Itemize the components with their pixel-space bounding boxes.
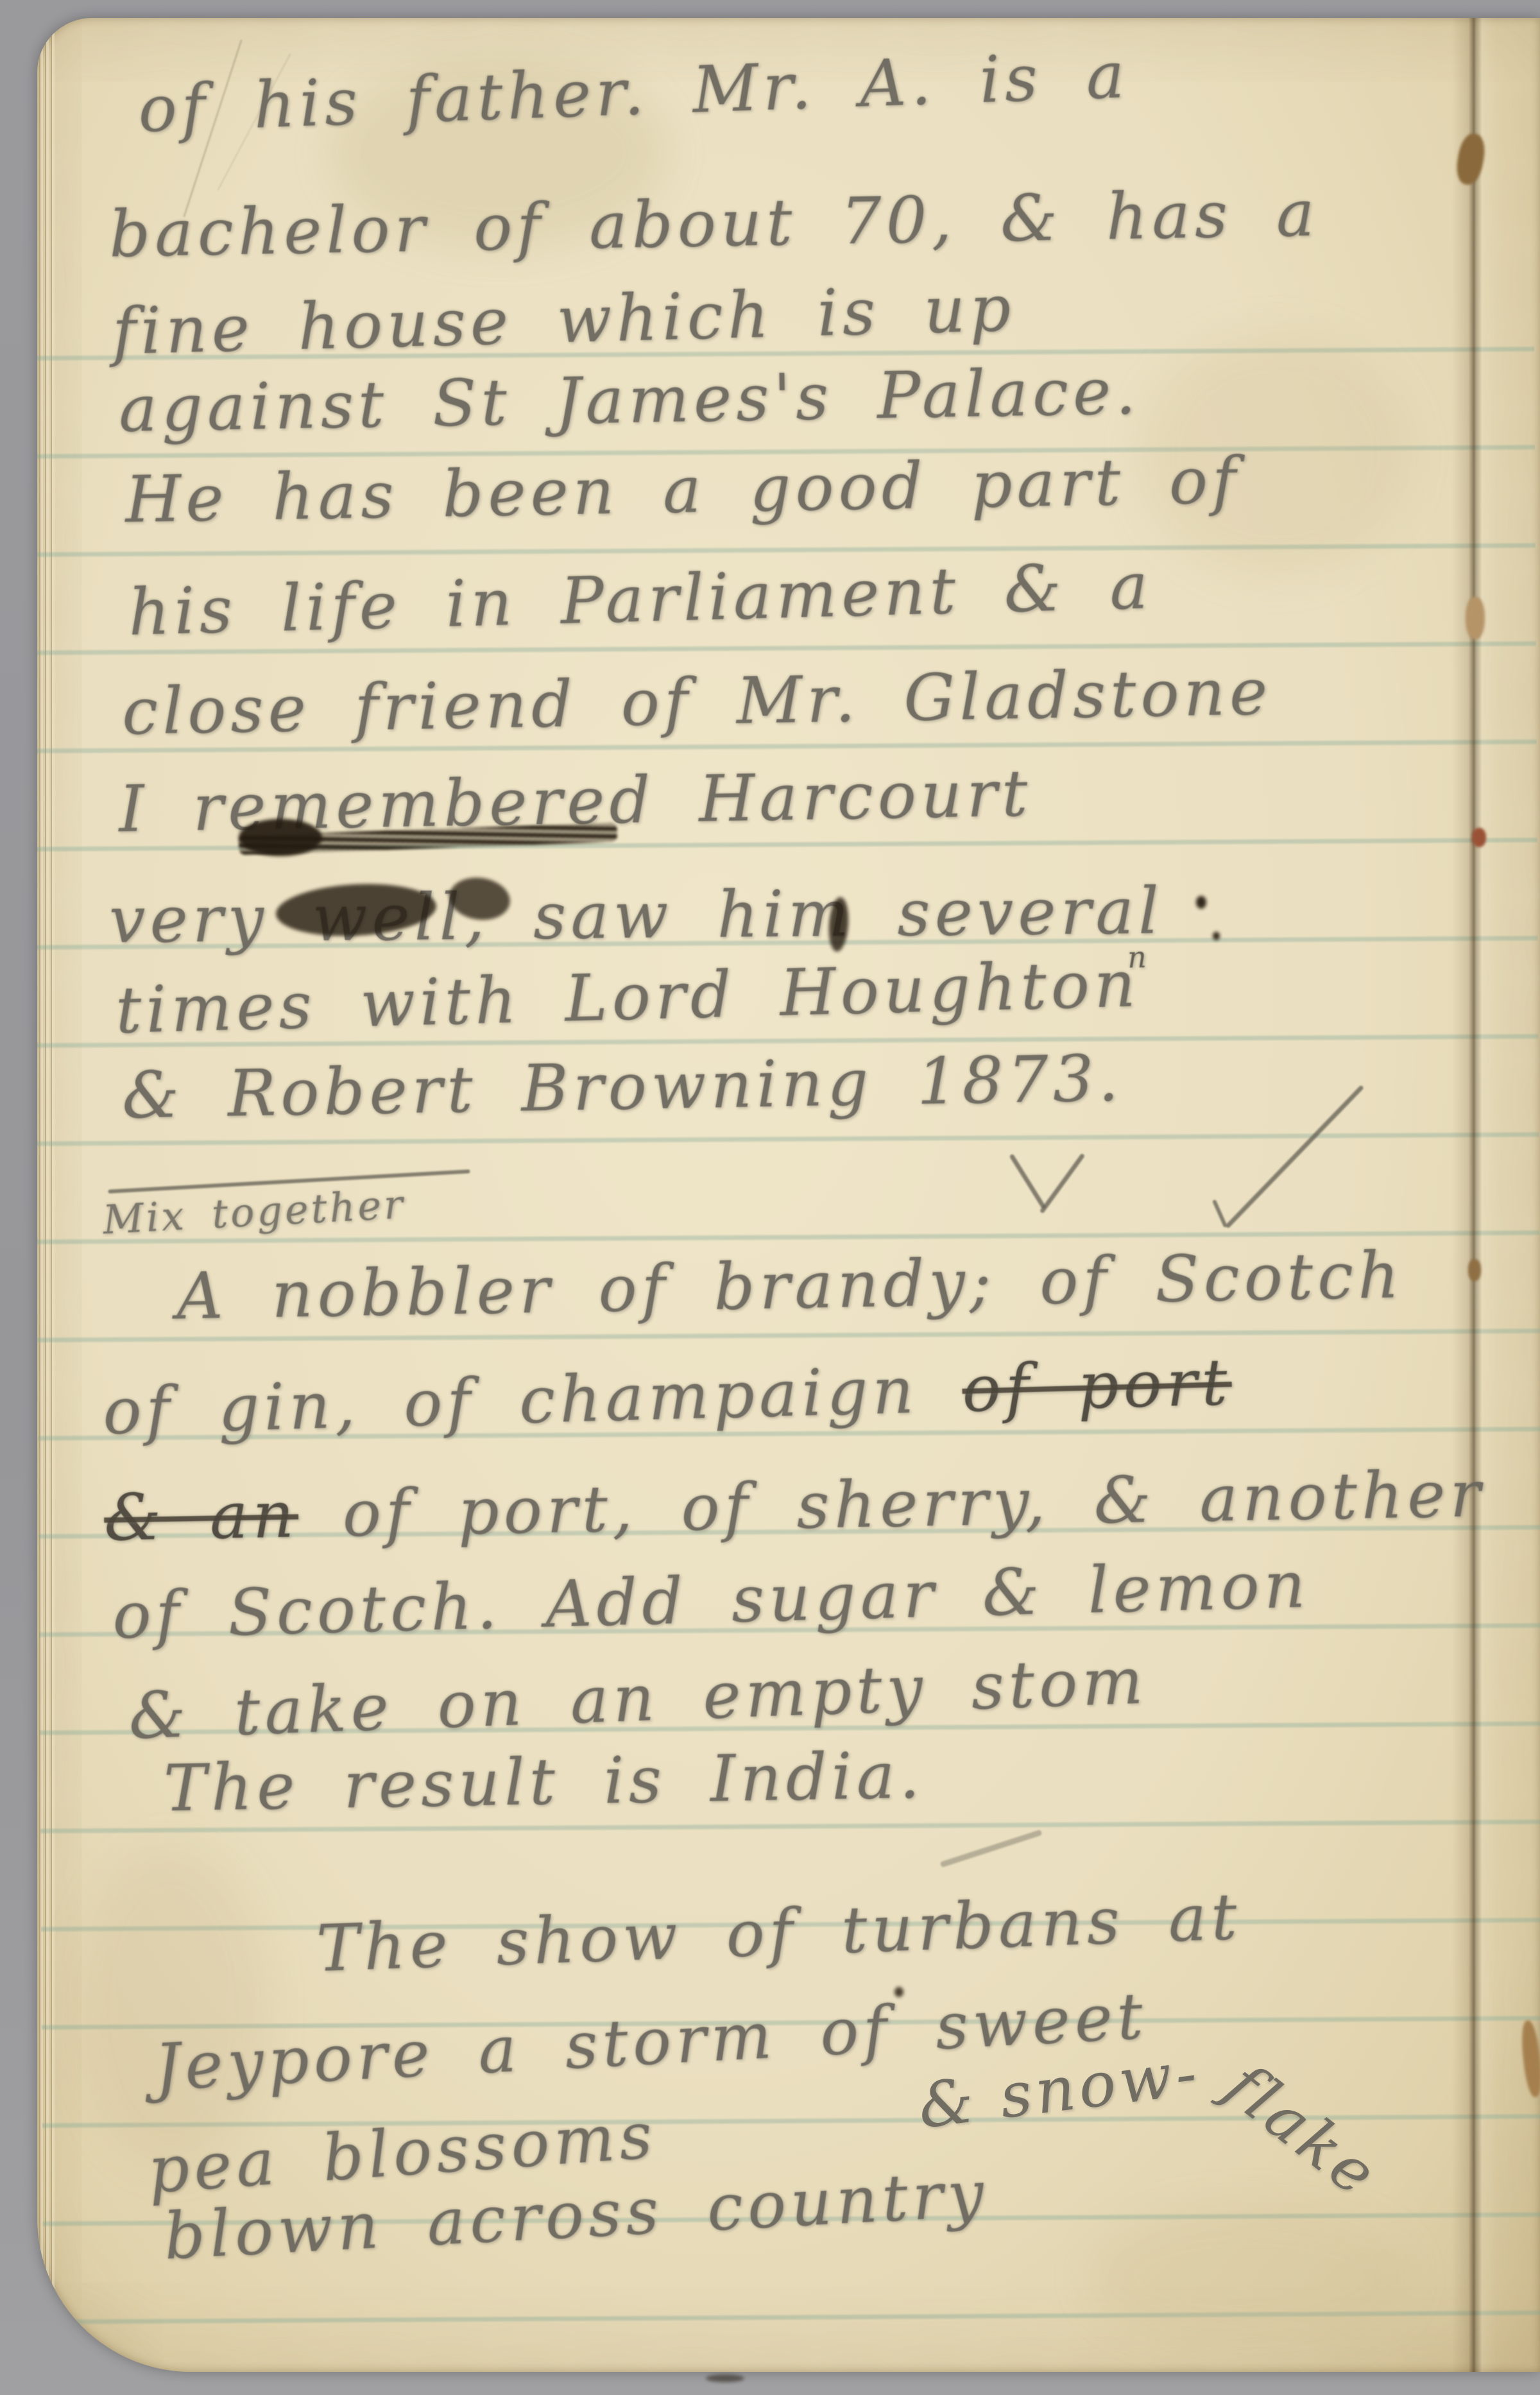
handwritten-line: of his father. Mr. A. is a [137, 37, 1130, 147]
text-segment: times with Lord Houghton [115, 946, 1141, 1048]
superscript-mark: n [1127, 940, 1151, 975]
text-segment: A nobbler of brandy; of Scotch [176, 1237, 1404, 1334]
notebook-page: of his father. Mr. A. is abachelor of ab… [37, 18, 1540, 2372]
text-segment: The show of turbans at [315, 1879, 1242, 1986]
text-segment: & Robert Browning 1873. [121, 1040, 1124, 1133]
text-segment: & take on an empty stom [127, 1643, 1149, 1753]
text-segment: of gin, of champaign [102, 1352, 963, 1449]
ink-speck [1196, 896, 1206, 909]
handwritten-line: & an of port, of sherry, & another [103, 1456, 1485, 1556]
handwritten-line: very well, saw him several [109, 873, 1164, 957]
handwritten-line: of Scotch. Add sugar & lemon [112, 1547, 1311, 1654]
text-segment: He has been a good part of [124, 443, 1241, 537]
handwritten-line: of gin, of champaign of port [102, 1344, 1233, 1449]
handwritten-line: fine house which is up [112, 271, 1016, 370]
background-speck [706, 2374, 744, 2382]
text-segment: The result is India. [163, 1738, 925, 1826]
handwritten-line: times with Lord Houghtonn [115, 946, 1153, 1048]
text-segment: against St James's Palace. [118, 354, 1141, 447]
text-segment: bachelor of about 70, & has a [108, 176, 1319, 272]
text-segment: very well, saw him several [109, 873, 1164, 957]
handwritten-line: He has been a good part of [124, 443, 1241, 537]
struck-text-segment: of port [961, 1344, 1233, 1427]
text-segment: close friend of Mr. Gladstone [121, 654, 1272, 749]
handwritten-line: close friend of Mr. Gladstone [121, 654, 1272, 749]
handwritten-line: & Robert Browning 1873. [121, 1040, 1124, 1133]
struck-text-segment: & an [103, 1477, 299, 1556]
text-segment: fine house which is up [112, 271, 1016, 370]
text-segment: of port, of sherry, & another [298, 1456, 1485, 1552]
ink-blot [239, 819, 322, 856]
ink-speck [894, 1987, 903, 1997]
text-segment: of Scotch. Add sugar & lemon [112, 1547, 1311, 1654]
handwritten-line: The result is India. [163, 1738, 925, 1826]
manuscript-text: of his father. Mr. A. is abachelor of ab… [37, 18, 1540, 2372]
scanned-notebook-photo: of his father. Mr. A. is abachelor of ab… [0, 0, 1540, 2395]
ink-speck [1213, 932, 1220, 940]
handwritten-line: against St James's Palace. [118, 354, 1141, 447]
handwritten-line: & take on an empty stom [127, 1643, 1149, 1753]
handwritten-line: bachelor of about 70, & has a [108, 176, 1319, 272]
handwritten-line: A nobbler of brandy; of Scotch [176, 1237, 1404, 1334]
handwritten-line: The show of turbans at [315, 1879, 1242, 1986]
handwritten-line: his life in Parliament & a [128, 548, 1154, 650]
text-segment: his life in Parliament & a [128, 548, 1154, 650]
text-segment: of his father. Mr. A. is a [137, 37, 1130, 147]
